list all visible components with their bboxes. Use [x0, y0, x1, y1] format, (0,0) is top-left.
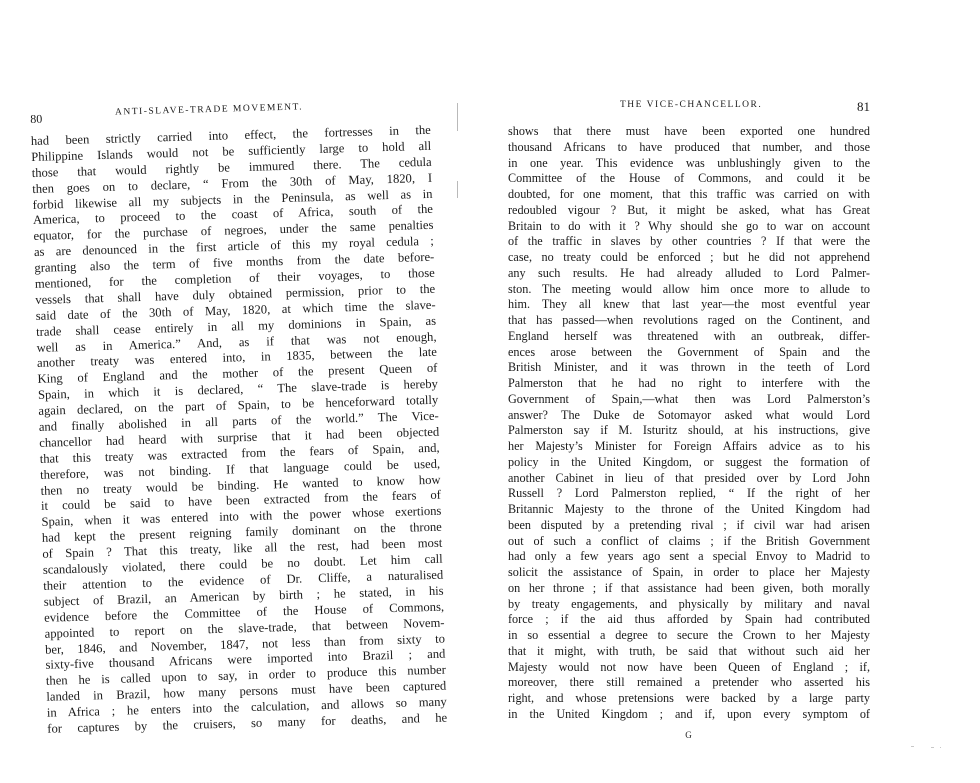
text-line: in the United Kingdom ; and if, upon eve…	[508, 707, 870, 723]
text-line: that it might, with truth, be said that …	[508, 644, 870, 660]
right-running-head: THE VICE-CHANCELLOR. 81	[508, 100, 870, 118]
text-line: in so essential a degree to secure the C…	[508, 628, 870, 644]
text-line: answer? The Duke de Sotomayor asked what…	[508, 408, 870, 424]
text-line: her Majesty’s Minister for Foreign Affai…	[508, 439, 870, 455]
text-line: Majesty would not now have been Queen of…	[508, 660, 870, 676]
page-number-right: 81	[857, 99, 870, 115]
text-line: Committee of the House of Commons, and c…	[508, 171, 870, 187]
text-line: in one year. This evidence was unblushin…	[508, 156, 870, 172]
text-line: by treaty engagements, and physically by…	[508, 597, 870, 613]
running-head-title-left: ANTI-SLAVE-TRADE MOVEMENT.	[115, 102, 303, 117]
text-line: doubted, for one moment, that this traff…	[508, 187, 870, 203]
text-line: Britannic Majesty to the throne of the U…	[508, 502, 870, 518]
text-line: had only a few years ago sent a special …	[508, 549, 870, 565]
text-line: shows that there must have been exported…	[508, 124, 870, 140]
text-line: British Minister, and it was thrown in t…	[508, 360, 870, 376]
scan-speck	[911, 746, 914, 747]
text-line: solicit the assistance of Spain, in orde…	[508, 565, 870, 581]
text-line: him. They all knew that last year—the mo…	[508, 297, 870, 313]
text-line: ston. The meeting would allow him once m…	[508, 282, 870, 298]
text-line: case, no treaty could be enforced ; but …	[508, 250, 870, 266]
page-number-left: 80	[30, 112, 42, 127]
gutter-mark	[457, 181, 458, 198]
text-line: Russell ? Lord Palmerston replied, “ If …	[508, 486, 870, 502]
text-line: England herself was threatened with an o…	[508, 329, 870, 345]
text-line: Britain to do with it ? Why should she g…	[508, 219, 870, 235]
text-line: any such results. He had already alluded…	[508, 266, 870, 282]
text-line: ences arose between the Government of Sp…	[508, 345, 870, 361]
text-line: moreover, there still remained a pretend…	[508, 675, 870, 691]
right-page: THE VICE-CHANCELLOR. 81 shows that there…	[508, 100, 870, 740]
text-line: Government of Spain,—what then was Lord …	[508, 392, 870, 408]
text-line: been disputed by a pretending rival ; if…	[508, 518, 870, 534]
text-line: that has passed—when revolutions raged o…	[508, 313, 870, 329]
text-line: redoubled vigour ? But, it might be aske…	[508, 203, 870, 219]
text-line: thousand Africans to have produced that …	[508, 140, 870, 156]
left-page-body: had been strictly carried into effect, t…	[31, 123, 448, 738]
scan-speck	[931, 747, 934, 748]
text-line: policy in the United Kingdom, or suggest…	[508, 455, 870, 471]
text-line: force ; if the aid thus afforded by Spai…	[508, 612, 870, 628]
signature-mark: G	[508, 730, 870, 740]
text-line: right, and whose pretensions were backed…	[508, 691, 870, 707]
text-line: Palmerston that he had no right to inter…	[508, 376, 870, 392]
running-head-title-right: THE VICE-CHANCELLOR.	[620, 100, 762, 110]
gutter-mark	[457, 103, 458, 131]
left-page: 80 ANTI-SLAVE-TRADE MOVEMENT. had been s…	[30, 99, 447, 738]
text-line: another Cabinet in lieu of that presided…	[508, 471, 870, 487]
right-page-body: shows that there must have been exported…	[508, 124, 870, 723]
text-line: out of such a conflict of claims ; if th…	[508, 534, 870, 550]
text-line: of the traffic in slaves by other countr…	[508, 234, 870, 250]
scan-speck	[940, 747, 941, 748]
text-line: Palmerston say if M. Isturitz should, at…	[508, 423, 870, 439]
text-line: on her throne ; if that assistance had b…	[508, 581, 870, 597]
